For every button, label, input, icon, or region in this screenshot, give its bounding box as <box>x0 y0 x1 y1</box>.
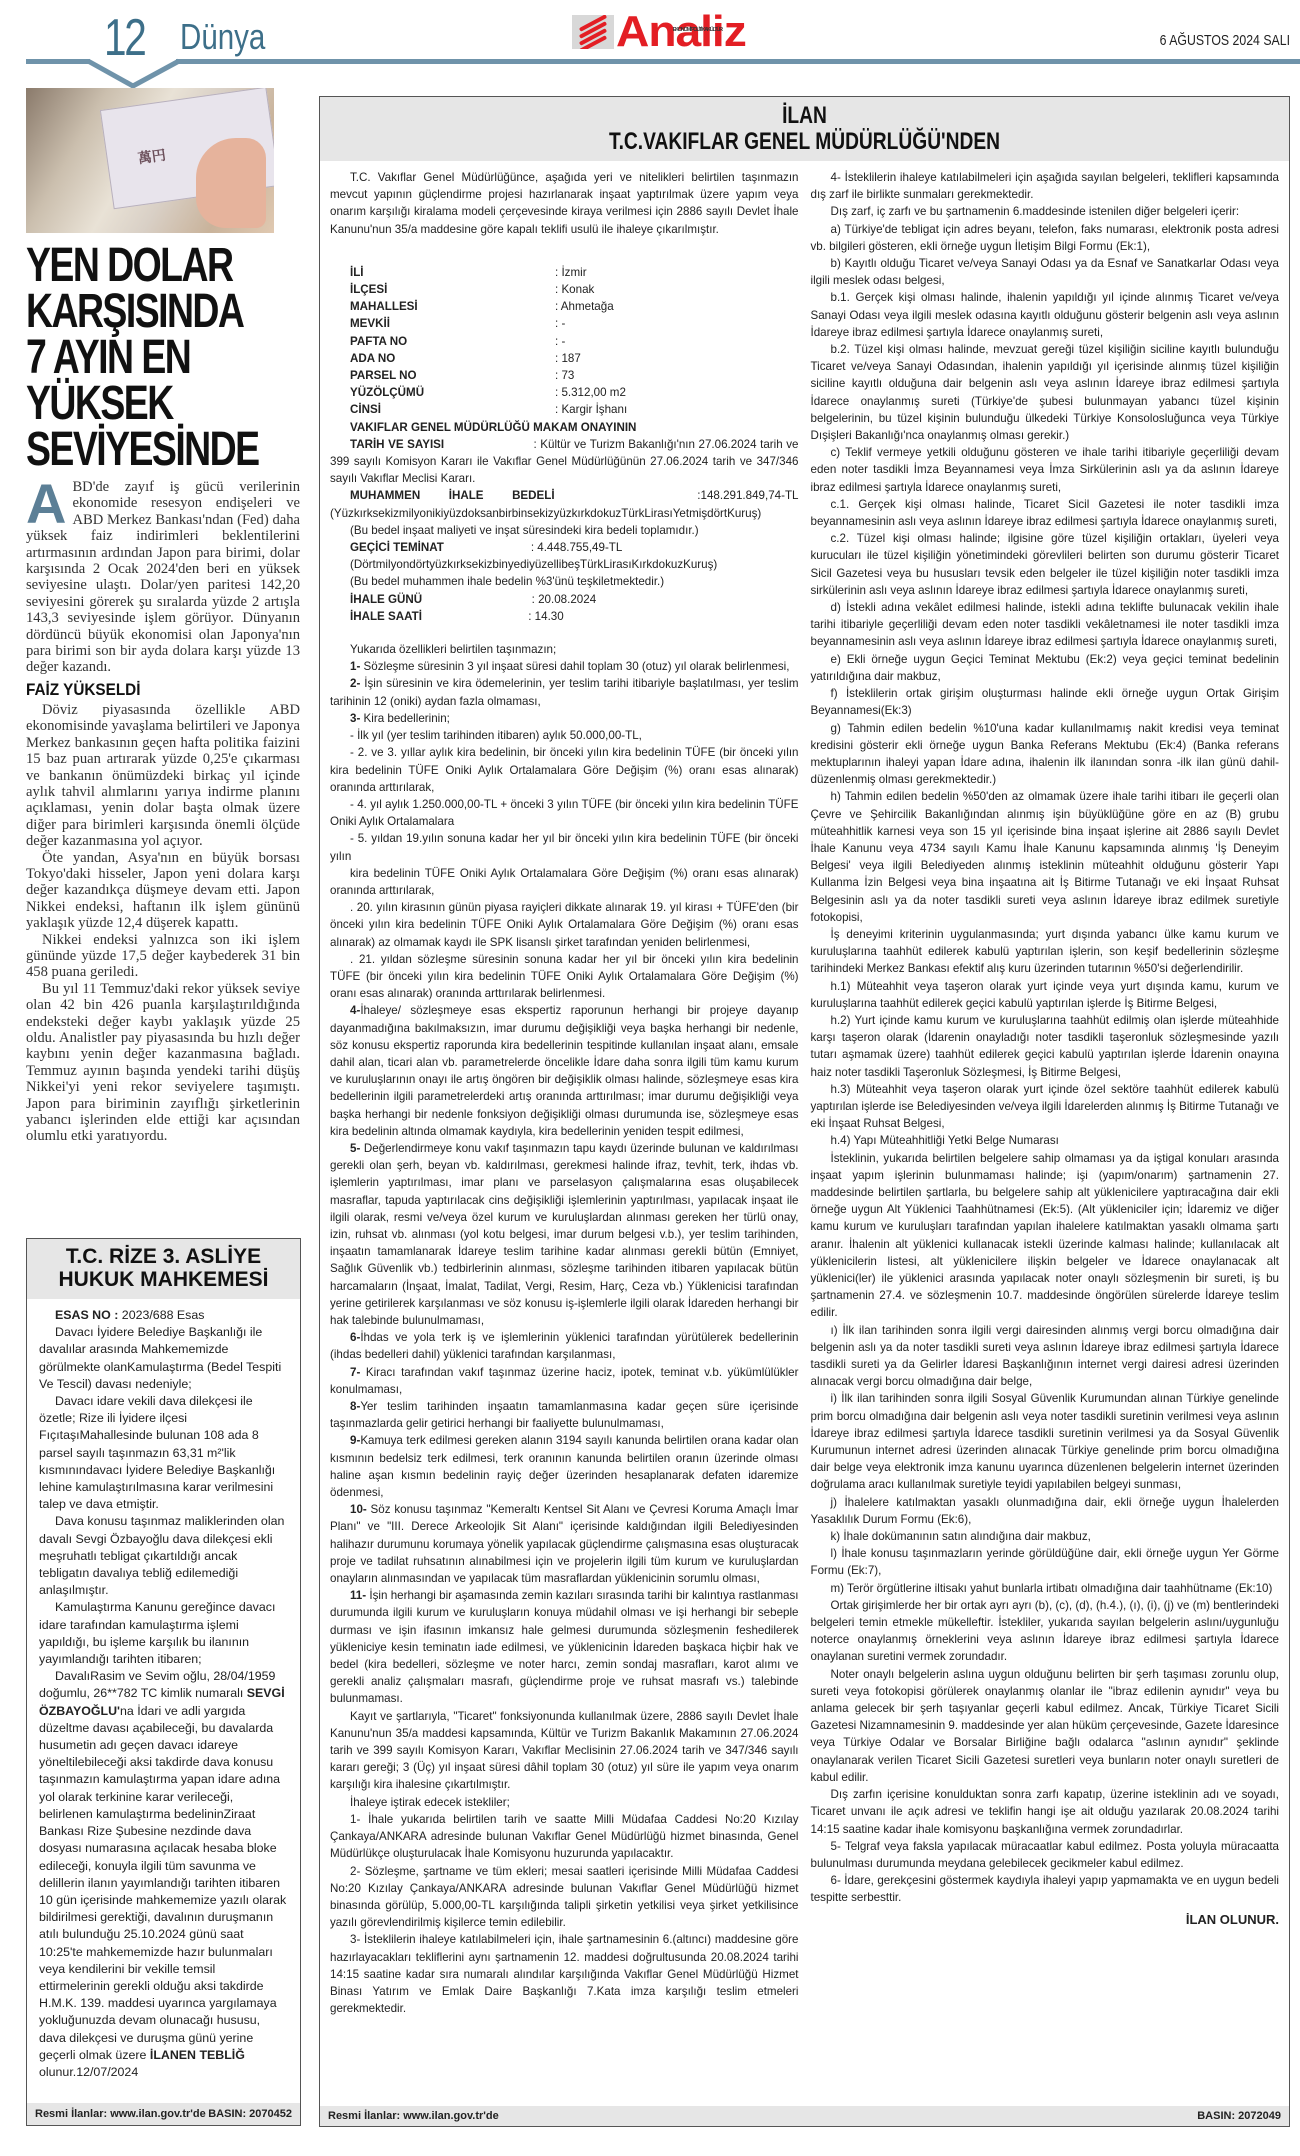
tender-notice: İLAN T.C.VAKIFLAR GENEL MÜDÜRLÜĞÜ'NDEN T… <box>319 96 1290 2127</box>
news-article: 萬円 YEN DOLAR KARŞISINDA 7 AYIN EN YÜKSEK… <box>26 88 300 1145</box>
property-details: İLİ: İzmir İLÇESİ: Konak MAHALLESİ: Ahme… <box>330 264 799 419</box>
official-ads-link[interactable]: Resmi İlanlar: www.ilan.gov.tr'de <box>328 2110 499 2122</box>
article-paragraph: Döviz piyasasında özellikle ABD ekonomis… <box>26 702 300 850</box>
globe-icon <box>572 15 614 49</box>
court-notice-body: ESAS NO : 2023/688 Esas Davacı İyidere B… <box>27 1299 300 2081</box>
article-paragraph: Bu yıl 11 Temmuz'daki rekor yüksek seviy… <box>26 981 300 1145</box>
section-title: Dünya <box>180 16 265 58</box>
court-notice: T.C. RİZE 3. ASLİYE HUKUK MAHKEMESİ ESAS… <box>26 1238 301 2126</box>
press-number: BASIN: 2070452 <box>208 2108 292 2120</box>
tender-column-left: T.C. Vakıflar Genel Müdürlüğünce, aşağıd… <box>330 169 799 2017</box>
header-rule <box>26 59 90 64</box>
notice-closing: İLAN OLUNUR. <box>811 1911 1280 1928</box>
page-number: 12 <box>104 12 144 64</box>
article-body: Döviz piyasasında özellikle ABD ekonomis… <box>26 702 300 1145</box>
page-header: 12 Dünya EKONOMİ POLİTİKA KÜLTÜR Analiz … <box>0 0 1300 80</box>
tender-notice-footer: Resmi İlanlar: www.ilan.gov.tr'de BASIN:… <box>320 2106 1289 2126</box>
article-lead: A BD'de zayıf iş gücü verilerinin ekonom… <box>26 479 300 676</box>
tender-column-right: 4- İsteklilerin ihaleye katılabilmeleri … <box>811 169 1280 2017</box>
drop-cap: A <box>26 481 66 527</box>
official-ads-link[interactable]: Resmi İlanlar: www.ilan.gov.tr'de <box>35 2108 206 2120</box>
article-paragraph: Öte yandan, Asya'nın en büyük borsası To… <box>26 850 300 932</box>
header-rule <box>176 59 1300 64</box>
court-notice-title: T.C. RİZE 3. ASLİYE HUKUK MAHKEMESİ <box>27 1239 300 1299</box>
press-number: BASIN: 2072049 <box>1197 2110 1281 2122</box>
logo-tagline: EKONOMİ POLİTİKA KÜLTÜR <box>673 10 722 50</box>
tender-notice-title: İLAN T.C.VAKIFLAR GENEL MÜDÜRLÜĞÜ'NDEN <box>320 97 1289 161</box>
article-subhead: FAİZ YÜKSELDİ <box>26 680 273 700</box>
article-headline: YEN DOLAR KARŞISINDA 7 AYIN EN YÜKSEK SE… <box>26 243 307 473</box>
court-notice-footer: Resmi İlanlar: www.ilan.gov.tr'de BASIN:… <box>27 2103 300 2125</box>
issue-date: 6 AĞUSTOS 2024 SALI <box>1160 32 1290 49</box>
article-paragraph: Nikkei endeksi yalnızca son iki işlem gü… <box>26 932 300 981</box>
article-photo: 萬円 <box>26 88 274 233</box>
newspaper-logo[interactable]: EKONOMİ POLİTİKA KÜLTÜR Analiz <box>572 12 740 52</box>
